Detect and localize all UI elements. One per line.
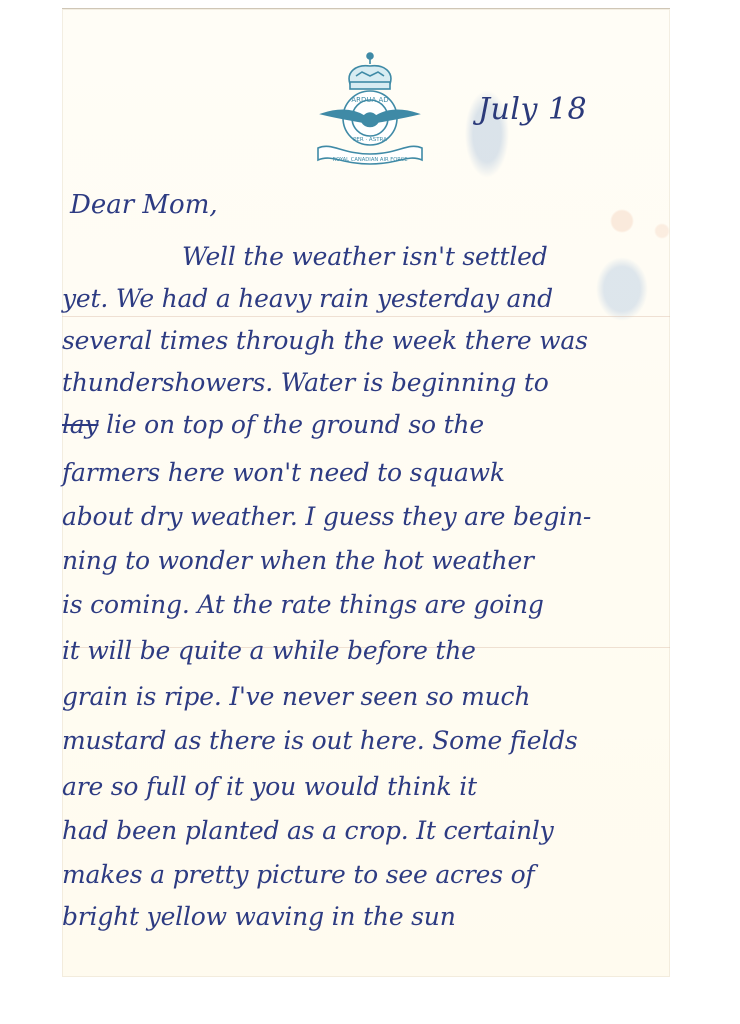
letter-line: Well the weather isn't settled bbox=[182, 242, 548, 271]
letter-line: makes a pretty picture to see acres of bbox=[62, 860, 534, 889]
letterhead-crest: ARDUA AD PER · ASTRA ROYAL CANADIAN AIR … bbox=[312, 48, 428, 166]
svg-text:ARDUA AD: ARDUA AD bbox=[351, 96, 388, 104]
letter-line: mustard as there is out here. Some field… bbox=[62, 726, 578, 755]
letter-line: had been planted as a crop. It certainly bbox=[62, 816, 554, 845]
letter-line: ning to wonder when the hot weather bbox=[62, 546, 534, 575]
rcaf-crest-icon: ARDUA AD PER · ASTRA ROYAL CANADIAN AIR … bbox=[312, 48, 428, 166]
letter-line: bright yellow waving in the sun bbox=[62, 902, 456, 931]
letter-line: is coming. At the rate things are going bbox=[62, 590, 544, 619]
letter-line: several times through the week there was bbox=[62, 326, 588, 355]
svg-text:PER · ASTRA: PER · ASTRA bbox=[353, 137, 387, 143]
letter-line: about dry weather. I guess they are begi… bbox=[62, 502, 591, 531]
letter-line: lay lie on top of the ground so the bbox=[62, 410, 484, 439]
letter-line: are so full of it you would think it bbox=[62, 772, 477, 801]
fold-crease bbox=[62, 316, 670, 317]
letter-date: July 18 bbox=[478, 92, 587, 127]
salutation: Dear Mom, bbox=[70, 190, 218, 220]
letter-line: yet. We had a heavy rain yesterday and bbox=[62, 284, 553, 313]
letter-line: grain is ripe. I've never seen so much bbox=[62, 682, 530, 711]
letter-line: it will be quite a while before the bbox=[62, 636, 476, 665]
letter-line: thundershowers. Water is beginning to bbox=[62, 368, 549, 397]
svg-text:ROYAL CANADIAN AIR FORCE: ROYAL CANADIAN AIR FORCE bbox=[332, 157, 407, 163]
letter-line: farmers here won't need to squawk bbox=[62, 458, 505, 487]
letter-line-text: lie on top of the ground so the bbox=[98, 410, 484, 439]
struck-word: lay bbox=[62, 410, 98, 439]
